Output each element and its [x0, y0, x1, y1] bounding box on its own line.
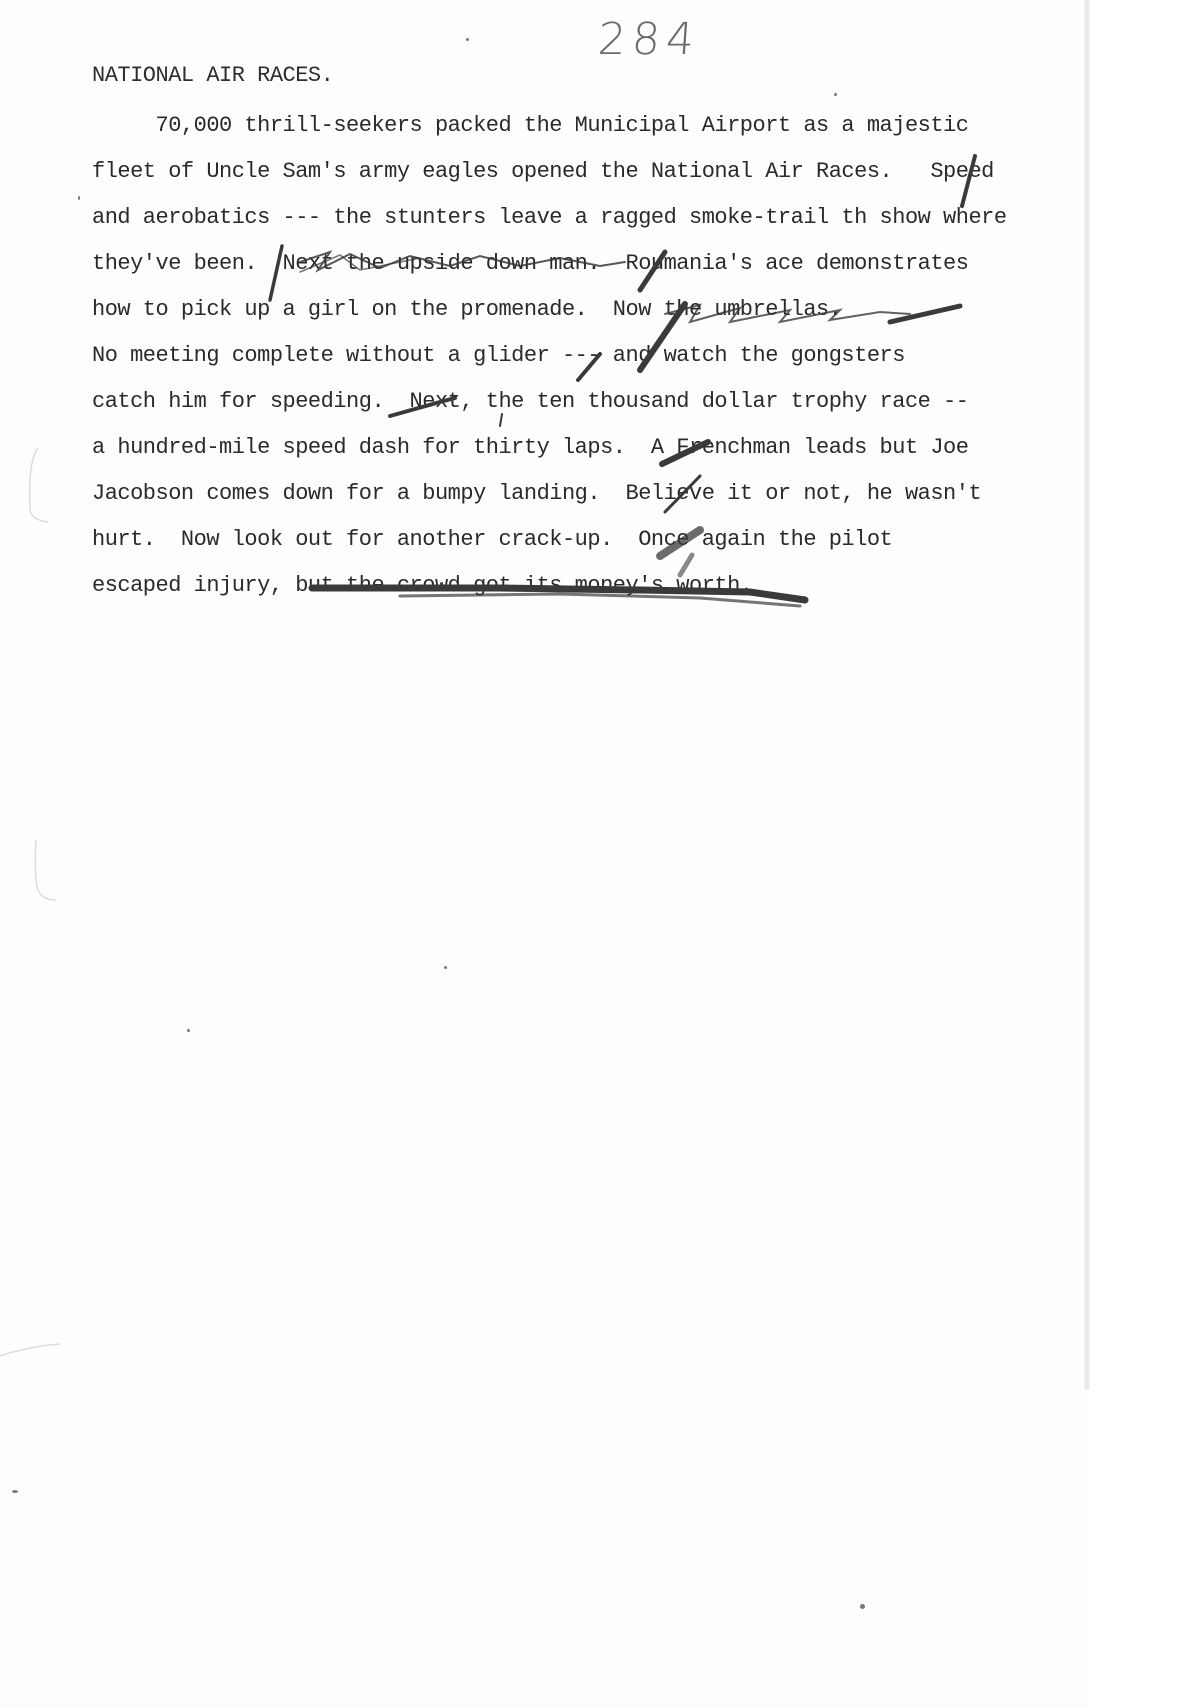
- paper-speck: [834, 93, 837, 96]
- document-title: NATIONAL AIR RACES.: [92, 64, 333, 88]
- paper-crease: [0, 1344, 60, 1356]
- text-line-5: how to pick up a girl on the promenade. …: [92, 298, 841, 322]
- smudge-mark: [680, 555, 692, 575]
- text-line-8: a hundred-mile speed dash for thirty lap…: [92, 436, 968, 460]
- text-line-10: hurt. Now look out for another crack-up.…: [92, 528, 892, 552]
- text-line-2: fleet of Uncle Sam's army eagles opened …: [92, 160, 994, 184]
- text-line-9: Jacobson comes down for a bumpy landing.…: [92, 482, 981, 506]
- paper-speck: [12, 1490, 18, 1493]
- paper-crease: [35, 840, 56, 900]
- paper-speck: [78, 196, 80, 200]
- text-line-11: escaped injury, but the crowd got its mo…: [92, 574, 753, 598]
- text-line-7: catch him for speeding. Next, the ten th…: [92, 390, 968, 414]
- text-line-3: and aerobatics --- the stunters leave a …: [92, 206, 1007, 230]
- text-line-1: 70,000 thrill-seekers packed the Municip…: [92, 114, 968, 138]
- document-page: 284 NATIONAL AIR RACES. 70,000 thrill-se…: [0, 0, 1088, 1707]
- strike-through-line: [890, 306, 960, 322]
- comma-mark: [500, 414, 502, 426]
- page-edge-shadow: [1084, 0, 1090, 1390]
- text-line-6: No meeting complete without a glider ---…: [92, 344, 905, 368]
- paper-speck: [860, 1604, 865, 1609]
- text-line-4: they've been. Next the upside down man. …: [92, 252, 968, 276]
- paper-speck: [466, 38, 469, 41]
- paper-speck: [187, 1029, 190, 1032]
- handwritten-page-number: 284: [596, 14, 702, 65]
- paper-crease: [30, 448, 48, 522]
- paper-speck: [444, 966, 447, 969]
